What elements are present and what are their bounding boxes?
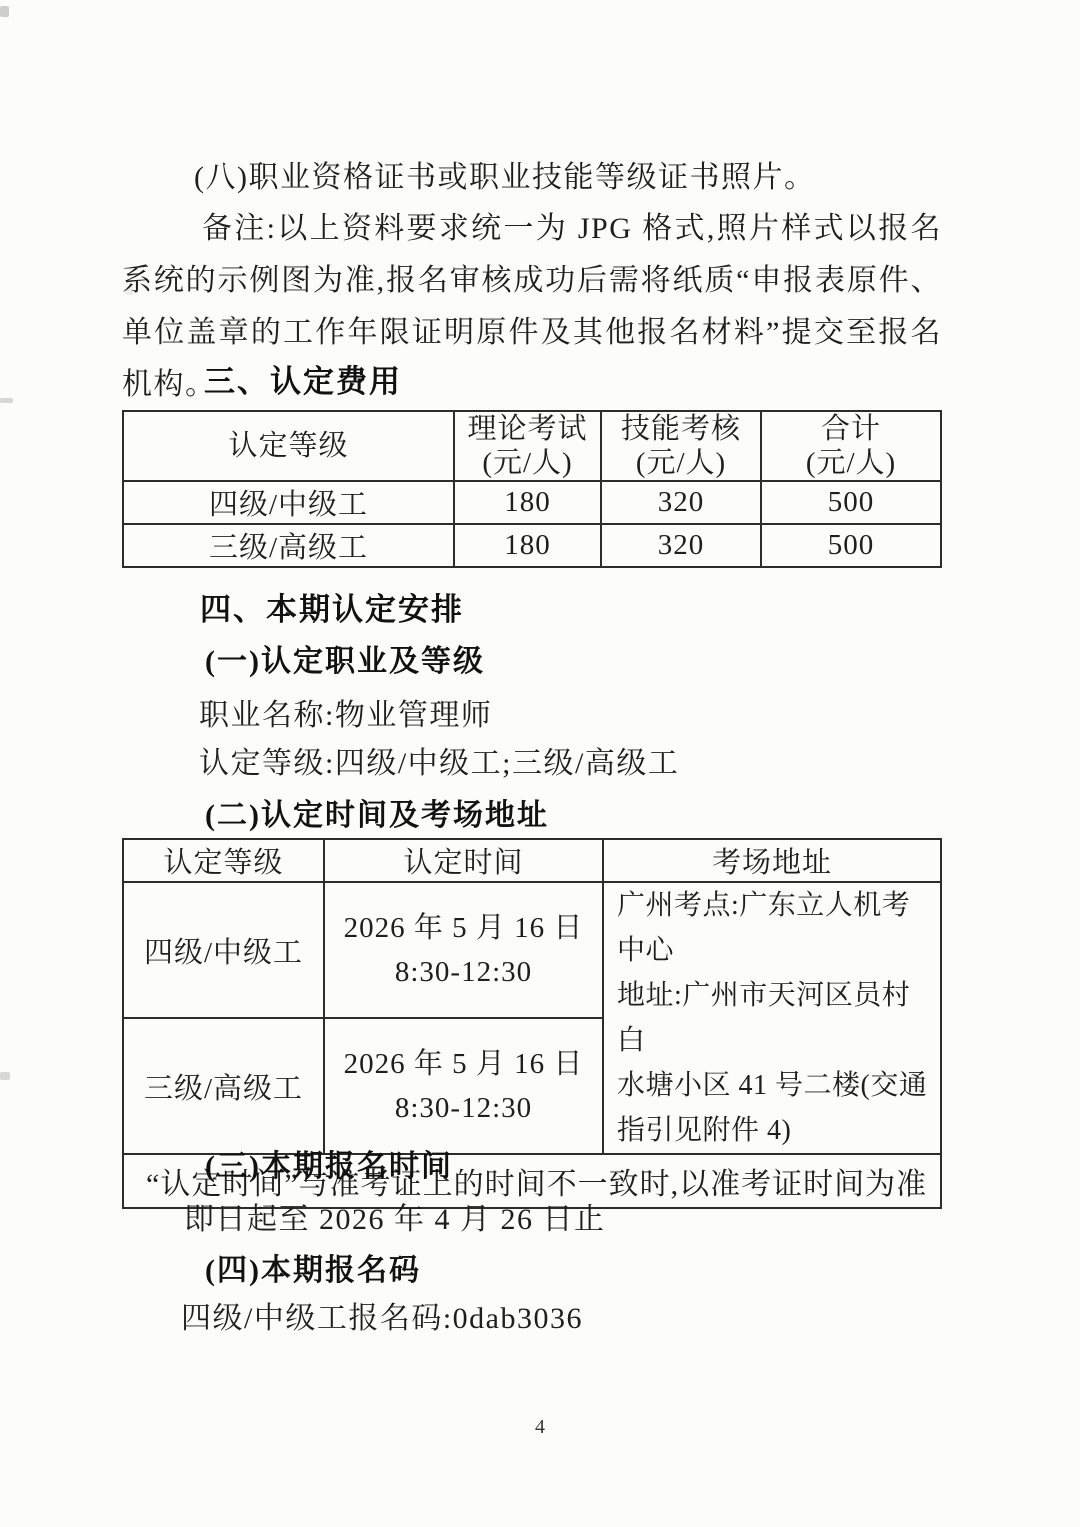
schedule-venue-cell: 广州考点:广东立人机考中心 地址:广州市天河区员村白 水塘小区 41 号二楼(交… (603, 882, 941, 1154)
fee-theory-cell: 180 (454, 524, 601, 567)
fee-theory-cell: 180 (454, 481, 601, 524)
fee-header-theory: 理论考试 (元/人) (454, 411, 601, 481)
levels-line: 认定等级:四级/中级工;三级/高级工 (199, 738, 679, 782)
fee-header-level: 认定等级 (123, 411, 454, 481)
occupation-line: 职业名称:物业管理师 (199, 690, 492, 734)
fee-level-cell: 三级/高级工 (123, 524, 454, 567)
fee-level-cell: 四级/中级工 (123, 481, 454, 524)
section4-sub3-title: (三)本期报名时间 (205, 1141, 453, 1185)
fee-header-skill: 技能考核 (元/人) (601, 411, 761, 481)
schedule-header-level: 认定等级 (123, 839, 324, 882)
section4-sub1-title: (一)认定职业及等级 (205, 636, 485, 680)
table-row: 四级/中级工 2026 年 5 月 16 日 8:30-12:30 广州考点:广… (123, 882, 941, 1018)
schedule-header-time: 认定时间 (324, 839, 603, 882)
section3-title: 三、认定费用 (204, 356, 402, 401)
fee-table: 认定等级 理论考试 (元/人) 技能考核 (元/人) 合计 (元/人) 四级/中… (122, 410, 942, 568)
fee-skill-cell: 320 (601, 524, 761, 567)
schedule-time-cell: 2026 年 5 月 16 日 8:30-12:30 (324, 882, 603, 1018)
signup-code-line: 四级/中级工报名码:0dab3036 (181, 1293, 583, 1337)
page-number: 4 (0, 1416, 1080, 1439)
fee-table-header-row: 认定等级 理论考试 (元/人) 技能考核 (元/人) 合计 (元/人) (123, 411, 941, 481)
scan-artifact (0, 6, 9, 17)
schedule-level-cell: 四级/中级工 (123, 882, 324, 1018)
signup-period-line: 即日起至 2026 年 4 月 26 日止 (184, 1194, 606, 1238)
document-page: (八)职业资格证书或职业技能等级证书照片。 备注:以上资料要求统一为 JPG 格… (0, 0, 1080, 1527)
section4-sub2-title: (二)认定时间及考场地址 (205, 790, 549, 834)
schedule-time-cell: 2026 年 5 月 16 日 8:30-12:30 (324, 1018, 603, 1154)
fee-skill-cell: 320 (601, 481, 761, 524)
schedule-header-row: 认定等级 认定时间 考场地址 (123, 839, 941, 882)
item-viii-line: (八)职业资格证书或职业技能等级证书照片。 (122, 152, 982, 196)
section4-title: 四、本期认定安排 (200, 584, 464, 629)
fee-total-cell: 500 (761, 481, 941, 524)
fee-header-total: 合计 (元/人) (761, 411, 941, 481)
table-row: 四级/中级工 180 320 500 (123, 481, 941, 524)
scan-artifact (0, 398, 13, 403)
table-row: 三级/高级工 180 320 500 (123, 524, 941, 567)
schedule-header-venue: 考场地址 (603, 839, 941, 882)
fee-total-cell: 500 (761, 524, 941, 567)
schedule-level-cell: 三级/高级工 (123, 1018, 324, 1154)
scan-artifact (0, 1072, 10, 1080)
section4-sub4-title: (四)本期报名码 (205, 1245, 421, 1289)
